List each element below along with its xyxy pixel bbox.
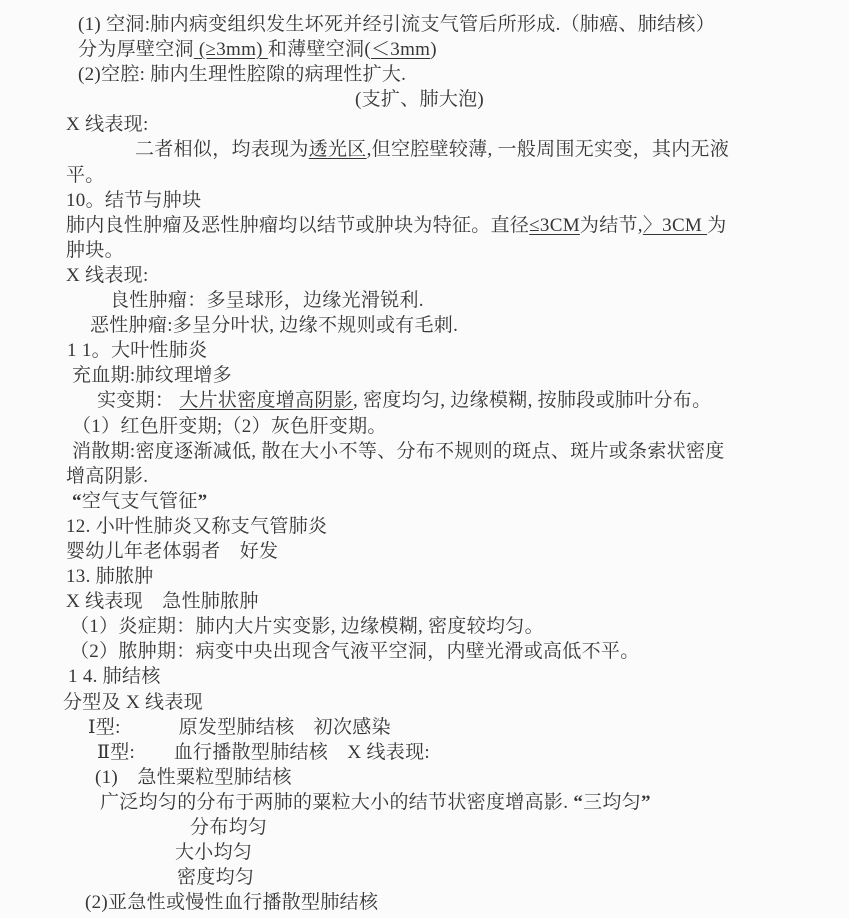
text-segment: 为 [707, 215, 726, 236]
text-segment: X 线表现: [66, 114, 149, 135]
text-line: 10。结节与肿块 [0, 188, 819, 213]
text-segment: 二者相似，均表现为 [135, 139, 309, 160]
document-page: (1) 空洞:肺内病变组织发生坏死并经引流支气管后所形成.（肺癌、肺结核）分为厚… [0, 0, 849, 918]
underlined-text: 大片状密度增高阴影 [179, 390, 353, 411]
text-line: (1) 空洞:肺内病变组织发生坏死并经引流支气管后所形成.（肺癌、肺结核） [0, 12, 819, 37]
text-segment: 分布均匀 [190, 817, 267, 838]
text-segment: Ⅰ型: 原发型肺结核 初次感染 [88, 717, 391, 738]
text-segment: X 线表现 急性肺脓肿 [66, 591, 259, 612]
underlined-text: ＜3mm [371, 39, 430, 60]
text-segment: 分型及 X 线表现 [63, 692, 203, 713]
text-line: 消散期:密度逐渐减低, 散在大小不等、分布不规则的斑点、斑片或条索状密度 [0, 439, 819, 464]
document-body: (1) 空洞:肺内病变组织发生坏死并经引流支气管后所形成.（肺癌、肺结核）分为厚… [0, 12, 819, 915]
text-line: Ⅱ型: 血行播散型肺结核 X 线表现: [0, 740, 819, 765]
text-line: 恶性肿瘤:多呈分叶状, 边缘不规则或有毛刺. [0, 313, 819, 338]
text-line: 1 1。大叶性肺炎 [0, 338, 819, 363]
text-line: 良性肿瘤：多呈球形，边缘光滑锐利. [0, 288, 819, 313]
text-segment: 良性肿瘤：多呈球形，边缘光滑锐利. [110, 290, 424, 311]
underlined-text: 透光区 [309, 139, 367, 160]
text-line: X 线表现 急性肺脓肿 [0, 589, 819, 614]
text-line: 分型及 X 线表现 [0, 690, 819, 715]
text-line: “空气支气管征” [0, 489, 819, 514]
text-line: 1 4. 肺结核 [0, 664, 819, 689]
text-segment: 大小均匀 [175, 842, 252, 863]
text-segment: “ [72, 491, 82, 512]
text-segment: (2)空腔: 肺内生理性腔隙的病理性扩大. [78, 64, 406, 85]
text-line: 12. 小叶性肺炎又称支气管肺炎 [0, 514, 819, 539]
text-segment: ” [641, 792, 651, 813]
text-line: (2)空腔: 肺内生理性腔隙的病理性扩大. [0, 62, 819, 87]
text-segment: (2)亚急性或慢性血行播散型肺结核 [85, 892, 378, 913]
text-line: （1）炎症期：肺内大片实变影, 边缘模糊, 密度较均匀。 [0, 614, 819, 639]
text-line: (1) 急性粟粒型肺结核 [0, 765, 819, 790]
text-line: 分为厚壁空洞 (≥3mm) 和薄壁空洞(＜3mm) [0, 37, 819, 62]
text-segment: 为结节, [580, 215, 643, 236]
text-line: (支扩、肺大泡) [0, 87, 819, 112]
text-segment: ,但空腔壁较薄, 一般周围无实变，其内无液 [367, 139, 730, 160]
text-segment: （1）炎症期：肺内大片实变影, 边缘模糊, 密度较均匀。 [70, 616, 544, 637]
underlined-text: ≤3CM [529, 215, 580, 236]
text-line: 实变期： 大片状密度增高阴影, 密度均匀, 边缘模糊, 按肺段或肺叶分布。 [0, 388, 819, 413]
text-segment: “ [573, 792, 583, 813]
text-line: 大小均匀 [0, 840, 819, 865]
text-segment: Ⅱ型: 血行播散型肺结核 X 线表现: [97, 742, 430, 763]
text-line: X 线表现: [0, 112, 819, 137]
text-segment: 实变期： [97, 390, 179, 411]
text-segment: 肿块。 [66, 240, 124, 261]
text-segment: 13. 肺脓肿 [66, 566, 154, 587]
text-segment: 12. 小叶性肺炎又称支气管肺炎 [66, 516, 327, 537]
text-line: 密度均匀 [0, 865, 819, 890]
text-segment: 充血期:肺纹理增多 [72, 365, 232, 386]
text-line: 平。 [0, 163, 819, 188]
text-segment: 1 4. 肺结核 [68, 666, 161, 687]
text-segment: 平。 [66, 165, 105, 186]
text-segment: 10。结节与肿块 [66, 190, 201, 211]
text-line: 肿块。 [0, 238, 819, 263]
text-line: 广泛均匀的分布于两肺的粟粒大小的结节状密度增高影. “三均匀” [0, 790, 819, 815]
text-line: （1）红色肝变期;（2）灰色肝变期。 [0, 414, 819, 439]
text-segment: (1) 空洞:肺内病变组织发生坏死并经引流支气管后所形成.（肺癌、肺结核） [78, 14, 715, 35]
text-segment: , 密度均匀, 边缘模糊, 按肺段或肺叶分布。 [353, 390, 711, 411]
text-line: 13. 肺脓肿 [0, 564, 819, 589]
text-segment: 恶性肿瘤:多呈分叶状, 边缘不规则或有毛刺. [90, 315, 458, 336]
text-line: (2)亚急性或慢性血行播散型肺结核 [0, 890, 819, 915]
text-line: （2）脓肿期：病变中央出现含气液平空洞，内壁光滑或高低不平。 [0, 639, 819, 664]
text-segment: 空气支气管征 [82, 491, 198, 512]
text-segment: （1）红色肝变期;（2）灰色肝变期。 [72, 416, 387, 437]
text-segment: 三均匀 [583, 792, 641, 813]
text-line: 肺内良性肿瘤及恶性肿瘤均以结节或肿块为特征。直径≤3CM为结节,〉3CM 为 [0, 213, 819, 238]
text-line: 充血期:肺纹理增多 [0, 363, 819, 388]
text-segment: （2）脓肿期：病变中央出现含气液平空洞，内壁光滑或高低不平。 [70, 641, 640, 662]
text-segment: 分为厚壁空洞 [78, 39, 194, 60]
text-segment: 增高阴影. [66, 466, 148, 487]
text-segment: ” [198, 491, 208, 512]
text-line: 增高阴影. [0, 464, 819, 489]
text-line: 分布均匀 [0, 815, 819, 840]
text-segment: 1 1。大叶性肺炎 [67, 340, 207, 361]
text-line: 二者相似，均表现为透光区,但空腔壁较薄, 一般周围无实变，其内无液 [0, 137, 819, 162]
text-segment: 婴幼儿年老体弱者 好发 [66, 541, 278, 562]
text-segment: 肺内良性肿瘤及恶性肿瘤均以结节或肿块为特征。直径 [66, 215, 529, 236]
text-segment: (支扩、肺大泡) [355, 89, 484, 110]
text-segment: 广泛均匀的分布于两肺的粟粒大小的结节状密度增高影. [100, 792, 573, 813]
text-line: X 线表现: [0, 263, 819, 288]
text-segment: ) [430, 39, 437, 60]
underlined-text: (≥3mm) [194, 39, 268, 60]
text-line: Ⅰ型: 原发型肺结核 初次感染 [0, 715, 819, 740]
text-segment: X 线表现: [66, 265, 149, 286]
text-line: 婴幼儿年老体弱者 好发 [0, 539, 819, 564]
text-segment: 和薄壁空洞( [268, 39, 371, 60]
text-segment: 密度均匀 [177, 867, 254, 888]
underlined-text: 〉3CM [643, 215, 707, 236]
text-segment: 消散期:密度逐渐减低, 散在大小不等、分布不规则的斑点、斑片或条索状密度 [72, 441, 725, 462]
text-segment: (1) 急性粟粒型肺结核 [95, 767, 292, 788]
